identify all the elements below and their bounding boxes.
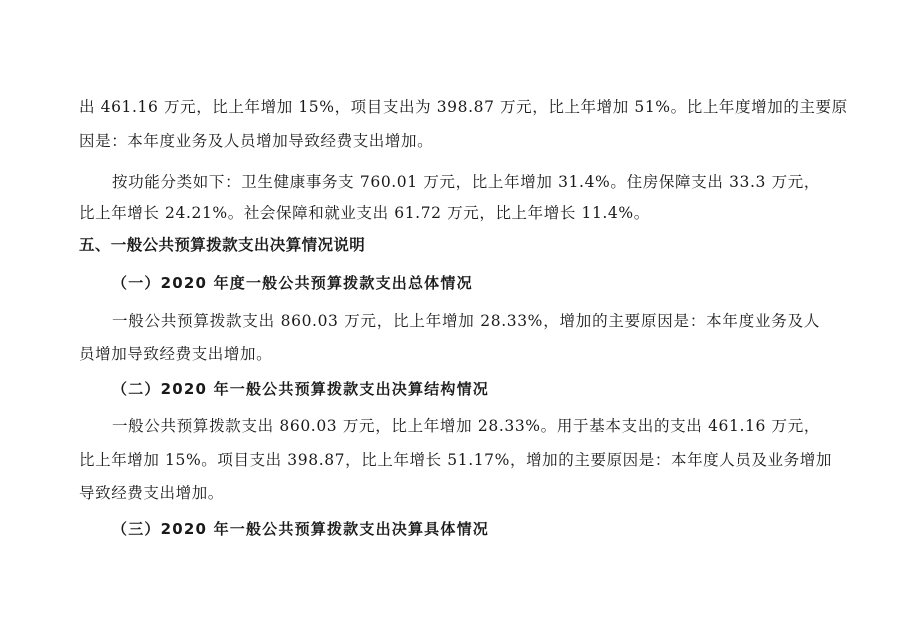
paragraph-line: 一般公共预算拨款支出 860.03 万元，比上年增加 28.33%，增加的主要原… [112,310,820,332]
paragraph-line: 出 461.16 万元，比上年增加 15%，项目支出为 398.87 万元，比上… [79,96,820,118]
paragraph-line: 比上年增长 24.21%。社会保障和就业支出 61.72 万元，比上年增长 11… [79,202,820,224]
document-page: 出 461.16 万元，比上年增加 15%，项目支出为 398.87 万元，比上… [0,0,898,635]
paragraph-line: 比上年增加 15%。项目支出 398.87，比上年增长 51.17%，增加的主要… [79,449,820,471]
paragraph-line: 导致经费支出增加。 [79,482,820,504]
section-heading: 五、一般公共预算拨款支出决算情况说明 [79,234,820,256]
paragraph-line: 因是：本年度业务及人员增加导致经费支出增加。 [79,130,820,152]
subsection-heading: （三）2020 年一般公共预算拨款支出决算具体情况 [112,518,820,540]
subsection-heading: （一）2020 年度一般公共预算拨款支出总体情况 [112,272,820,294]
subsection-heading: （二）2020 年一般公共预算拨款支出决算结构情况 [112,378,820,400]
paragraph-line: 按功能分类如下：卫生健康事务支 760.01 万元，比上年增加 31.4%。住房… [112,171,820,193]
paragraph-line: 一般公共预算拨款支出 860.03 万元，比上年增加 28.33%。用于基本支出… [112,415,820,437]
paragraph-line: 员增加导致经费支出增加。 [79,343,820,365]
